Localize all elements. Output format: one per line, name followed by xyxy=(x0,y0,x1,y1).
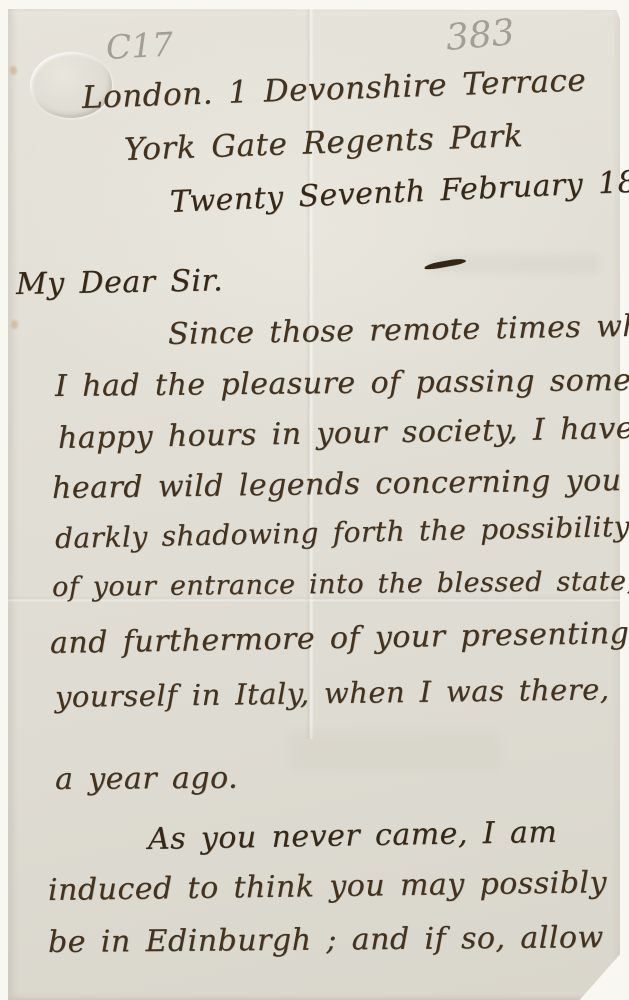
archival-mark-383: 383 xyxy=(444,12,516,59)
foxing-spot xyxy=(11,320,18,329)
archival-mark-c17: C17 xyxy=(105,25,174,67)
foxing-spot xyxy=(10,66,17,75)
letter-scan: C17 383 London. 1 Devonshire Terrace Yor… xyxy=(0,0,629,1000)
body-line: be in Edinburgh ; and if so, allow xyxy=(48,920,604,960)
ink-show-through xyxy=(290,730,500,772)
salutation: My Dear Sir. xyxy=(16,263,224,302)
body-line: As you never came, I am xyxy=(148,815,558,857)
body-line: of your entrance into the blessed state, xyxy=(52,566,629,603)
body-line: I had the pleasure of passing some xyxy=(55,363,629,404)
body-line: a year ago. xyxy=(55,761,238,797)
